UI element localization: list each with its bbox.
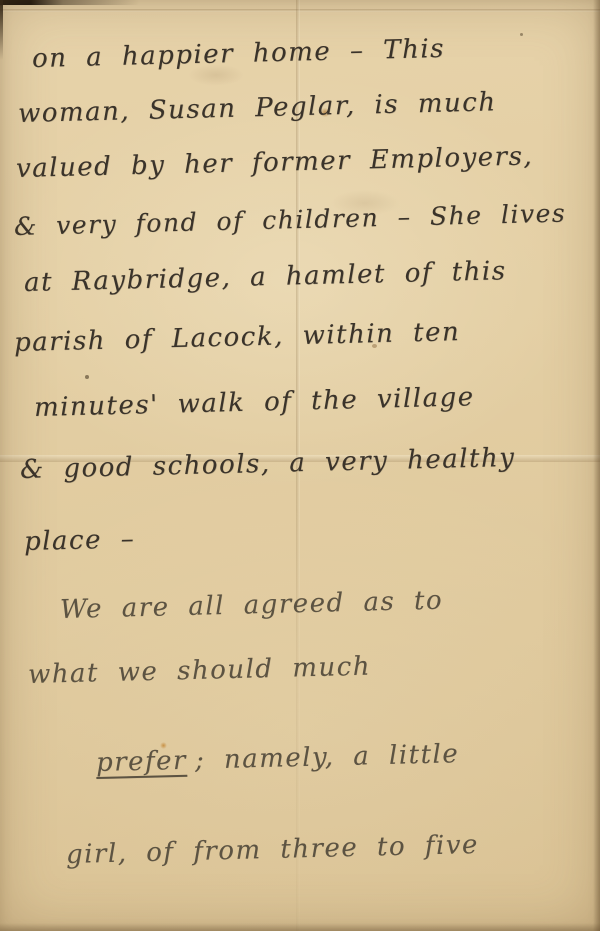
handwritten-line-13: girl, of from three to five: [66, 830, 480, 870]
underlined-word: prefer: [96, 746, 188, 778]
handwritten-line-1: on a happier home – This: [32, 34, 446, 74]
handwritten-line-9: place –: [24, 524, 136, 557]
handwritten-line-12: prefer; namely, a little: [96, 739, 460, 778]
handwritten-line-8: & good schools, a very healthy: [20, 443, 516, 485]
handwritten-line-7: minutes' walk of the village: [34, 382, 475, 423]
top-fold-crease: [0, 9, 600, 12]
ink-speck: [520, 33, 523, 36]
handwritten-line-6: parish of Lacock, within ten: [14, 317, 461, 358]
handwritten-line-3: valued by her former Employers,: [16, 141, 534, 184]
scan-edge-right: [593, 0, 600, 931]
scan-edge-left: [0, 0, 3, 60]
handwritten-line-11: what we should much: [28, 652, 372, 690]
handwritten-line-5: at Raybridge, a hamlet of this: [24, 256, 507, 298]
handwritten-line-4: & very fond of children – She lives: [14, 199, 567, 241]
scan-edge-top: [0, 0, 140, 5]
scan-edge-bottom: [0, 923, 600, 931]
handwritten-line-2: woman, Susan Peglar, is much: [18, 87, 497, 129]
line-remainder: ; namely, a little: [195, 739, 460, 775]
letter-scan-page: on a happier home – This woman, Susan Pe…: [0, 0, 600, 931]
handwritten-line-10: We are all agreed as to: [60, 586, 444, 625]
ink-speck: [85, 375, 89, 379]
